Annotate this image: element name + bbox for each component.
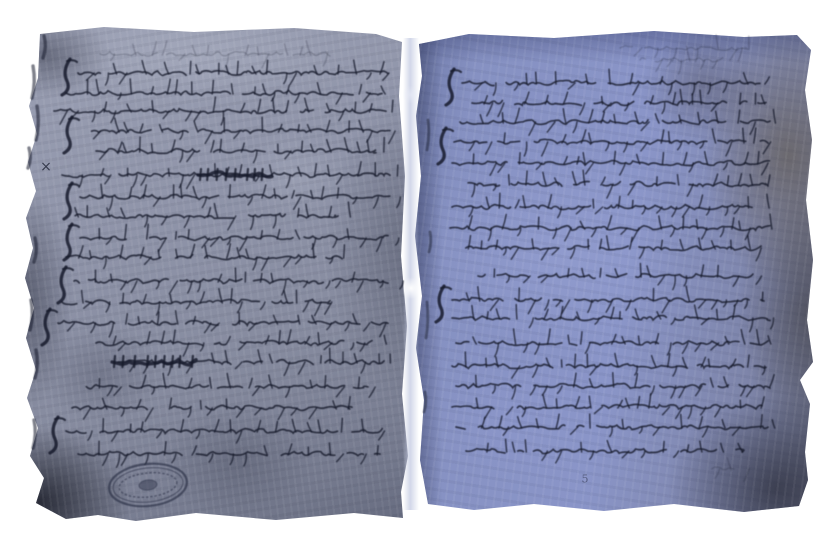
manuscript-left-page [24,26,410,522]
book-gutter [403,38,419,510]
manuscript-photo: × 5 [0,0,822,537]
manuscript-right-page [414,28,816,518]
